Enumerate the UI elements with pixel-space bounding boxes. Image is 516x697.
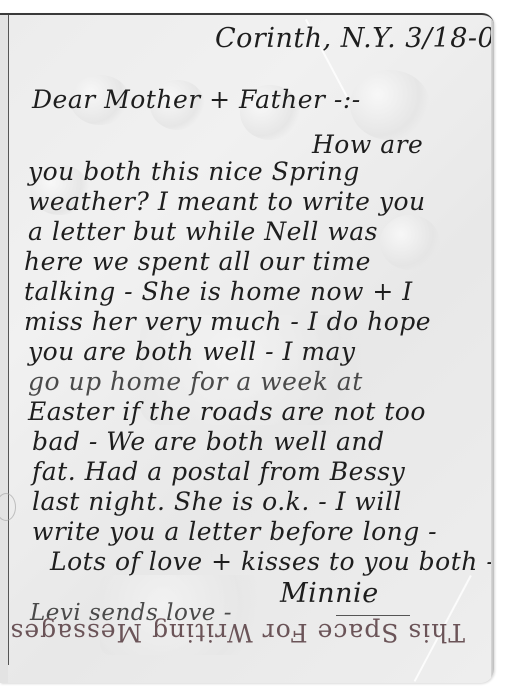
body-line: go up home for a week at (28, 367, 363, 396)
postcard: Corinth, N.Y. 3/18-09 Dear Mother + Fath… (0, 13, 494, 683)
body-line: talking - She is home now + I (24, 277, 413, 306)
closing-line: Lots of love + kisses to you both - (50, 547, 494, 576)
printed-message-label: This Space For Writing Messages (35, 618, 465, 647)
body-line: How are (312, 130, 423, 159)
body-line: here we spent all our time (24, 247, 371, 276)
body-line: a letter but while Nell was (28, 217, 378, 246)
body-line: you both this nice Spring (28, 157, 360, 186)
salutation: Dear Mother + Father -:- (32, 85, 361, 114)
place-date: Corinth, N.Y. 3/18-09 (215, 23, 494, 54)
embossed-flower (380, 215, 440, 270)
body-line: weather? I meant to write you (28, 187, 426, 216)
margin-rule (8, 15, 9, 665)
body-line: you are both well - I may (28, 337, 356, 366)
body-line: last night. She is o.k. - I will (32, 487, 402, 516)
embossed-ornament-icon (0, 493, 16, 521)
body-line: miss her very much - I do hope (24, 307, 431, 336)
body-line: bad - We are both well and (32, 427, 385, 456)
body-line: write you a letter before long - (32, 517, 437, 546)
card-left-margin (0, 15, 8, 683)
body-line: fat. Had a postal from Bessy (32, 457, 405, 486)
body-line: Easter if the roads are not too (28, 397, 426, 426)
signature: Minnie (280, 578, 379, 609)
signature-underline (336, 615, 410, 616)
